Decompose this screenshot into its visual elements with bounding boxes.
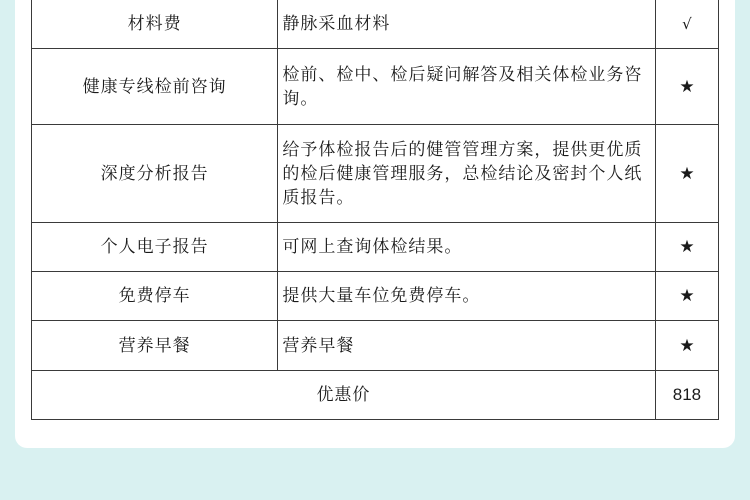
- star-icon: ★: [655, 272, 718, 321]
- item-description: 检前、检中、检后疑问解答及相关体检业务咨询。: [278, 49, 656, 125]
- item-description: 静脉采血材料: [278, 0, 656, 49]
- item-description: 营养早餐: [278, 321, 656, 371]
- star-icon: ★: [655, 321, 718, 371]
- item-name: 个人电子报告: [32, 223, 278, 272]
- star-icon: ★: [655, 125, 718, 223]
- table-row: 深度分析报告 给予体检报告后的健管管理方案，提供更优质的检后健康管理服务，总检结…: [32, 125, 719, 223]
- table-row: 个人电子报告 可网上查询体检结果。 ★: [32, 223, 719, 272]
- total-price: 818: [655, 371, 718, 420]
- check-icon: √: [655, 0, 718, 49]
- item-name: 免费停车: [32, 272, 278, 321]
- total-row: 优惠价 818: [32, 371, 719, 420]
- item-description: 可网上查询体检结果。: [278, 223, 656, 272]
- star-icon: ★: [655, 223, 718, 272]
- item-description: 给予体检报告后的健管管理方案，提供更优质的检后健康管理服务，总检结论及密封个人纸…: [278, 125, 656, 223]
- total-label: 优惠价: [32, 371, 656, 420]
- table-row: 材料费 静脉采血材料 √: [32, 0, 719, 49]
- item-name: 营养早餐: [32, 321, 278, 371]
- item-name: 深度分析报告: [32, 125, 278, 223]
- package-items-table: 材料费 静脉采血材料 √ 健康专线检前咨询 检前、检中、检后疑问解答及相关体检业…: [31, 0, 719, 420]
- star-icon: ★: [655, 49, 718, 125]
- table-row: 免费停车 提供大量车位免费停车。 ★: [32, 272, 719, 321]
- item-description: 提供大量车位免费停车。: [278, 272, 656, 321]
- table-row: 健康专线检前咨询 检前、检中、检后疑问解答及相关体检业务咨询。 ★: [32, 49, 719, 125]
- item-name: 健康专线检前咨询: [32, 49, 278, 125]
- item-name: 材料费: [32, 0, 278, 49]
- table-row: 营养早餐 营养早餐 ★: [32, 321, 719, 371]
